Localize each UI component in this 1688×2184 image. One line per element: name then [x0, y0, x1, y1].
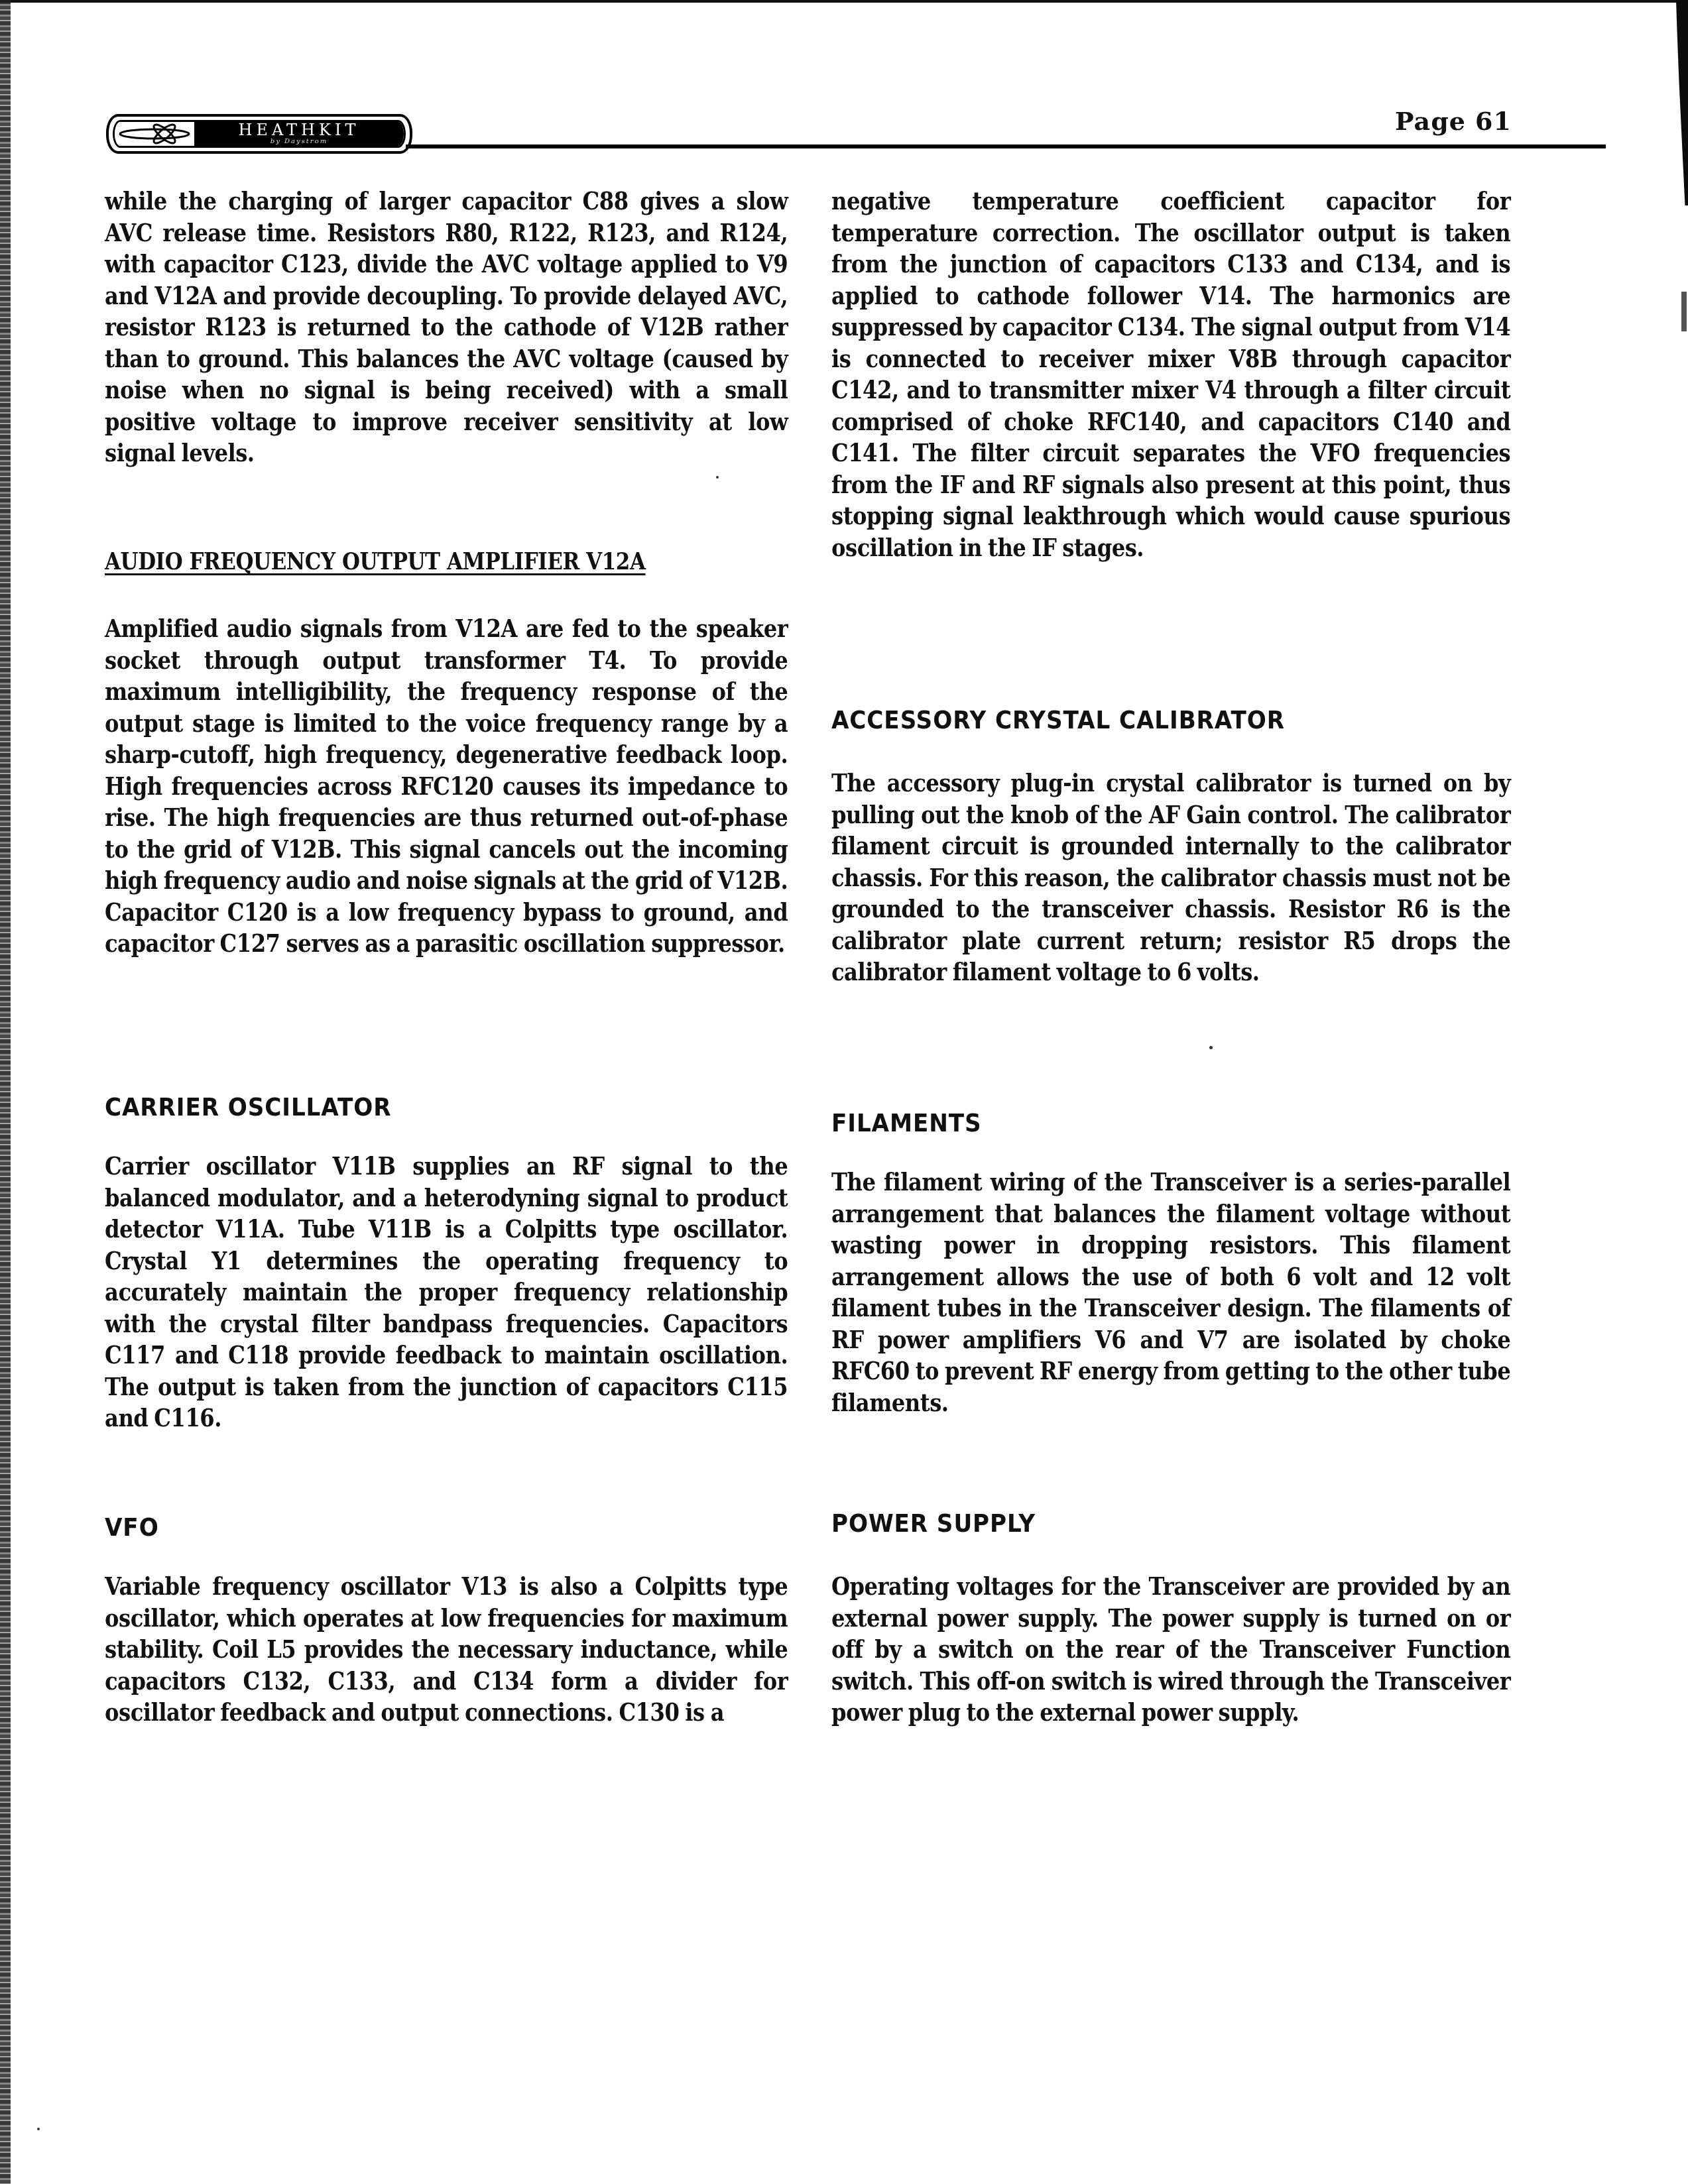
scan-edge-right-mark — [1681, 292, 1687, 331]
scan-edge-top — [0, 0, 1688, 3]
section-vfo: VFO — [105, 1513, 788, 1542]
section-filaments: FILAMENTS — [831, 1108, 1510, 1137]
page-header: HEATHKIT by Daystrom Page 61 — [99, 99, 1512, 159]
paragraph: Amplified audio signals from V12A are fe… — [105, 613, 788, 960]
section-power-supply-body: Operating voltages for the Transceiver a… — [831, 1571, 1510, 1729]
paragraph: The accessory plug-in crystal calibrator… — [831, 768, 1510, 988]
right-intro: negative temperature coefficient capacit… — [831, 186, 1510, 563]
page-number: Page 61 — [1395, 106, 1512, 136]
section-carrier-oscillator: CARRIER OSCILLATOR — [105, 1092, 788, 1121]
logo-brand-text: HEATHKIT — [239, 122, 360, 138]
paragraph: The filament wiring of the Transceiver i… — [831, 1167, 1510, 1418]
paragraph: while the charging of larger capacitor C… — [105, 186, 788, 469]
section-accessory-crystal-calibrator: ACCESSORY CRYSTAL CALIBRATOR — [831, 705, 1510, 734]
section-filaments-body: The filament wiring of the Transceiver i… — [831, 1167, 1510, 1418]
scan-edge-right — [1668, 0, 1688, 205]
logo-subtitle: by Daystrom — [271, 138, 328, 146]
scan-speck — [716, 476, 719, 479]
section-audio-body: Amplified audio signals from V12A are fe… — [105, 613, 788, 960]
section-heading: CARRIER OSCILLATOR — [105, 1092, 719, 1121]
section-vfo-body: Variable frequency oscillator V13 is als… — [105, 1571, 788, 1729]
section-heading: ACCESSORY CRYSTAL CALIBRATOR — [831, 705, 1443, 734]
section-audio-frequency-output-amplifier: AUDIO FREQUENCY OUTPUT AMPLIFIER V12A — [105, 547, 788, 575]
paragraph: negative temperature coefficient capacit… — [831, 186, 1510, 563]
paragraph: Carrier oscillator V11B supplies an RF s… — [105, 1151, 788, 1434]
section-heading: AUDIO FREQUENCY OUTPUT AMPLIFIER V12A — [105, 547, 692, 575]
scan-edge-left — [0, 0, 11, 2184]
section-calibrator-body: The accessory plug-in crystal calibrator… — [831, 768, 1510, 988]
header-rule — [406, 144, 1606, 148]
section-heading: FILAMENTS — [831, 1108, 1443, 1137]
paragraph: Variable frequency oscillator V13 is als… — [105, 1571, 788, 1729]
heathkit-logo: HEATHKIT by Daystrom — [106, 114, 412, 154]
scan-speck — [1209, 1046, 1213, 1049]
left-intro: while the charging of larger capacitor C… — [105, 186, 788, 469]
scan-speck — [37, 2128, 40, 2130]
section-heading: POWER SUPPLY — [831, 1509, 1443, 1538]
paragraph: Operating voltages for the Transceiver a… — [831, 1571, 1510, 1729]
atom-icon — [115, 122, 194, 146]
section-heading: VFO — [105, 1513, 719, 1542]
section-carrier-body: Carrier oscillator V11B supplies an RF s… — [105, 1151, 788, 1434]
section-power-supply: POWER SUPPLY — [831, 1509, 1510, 1538]
